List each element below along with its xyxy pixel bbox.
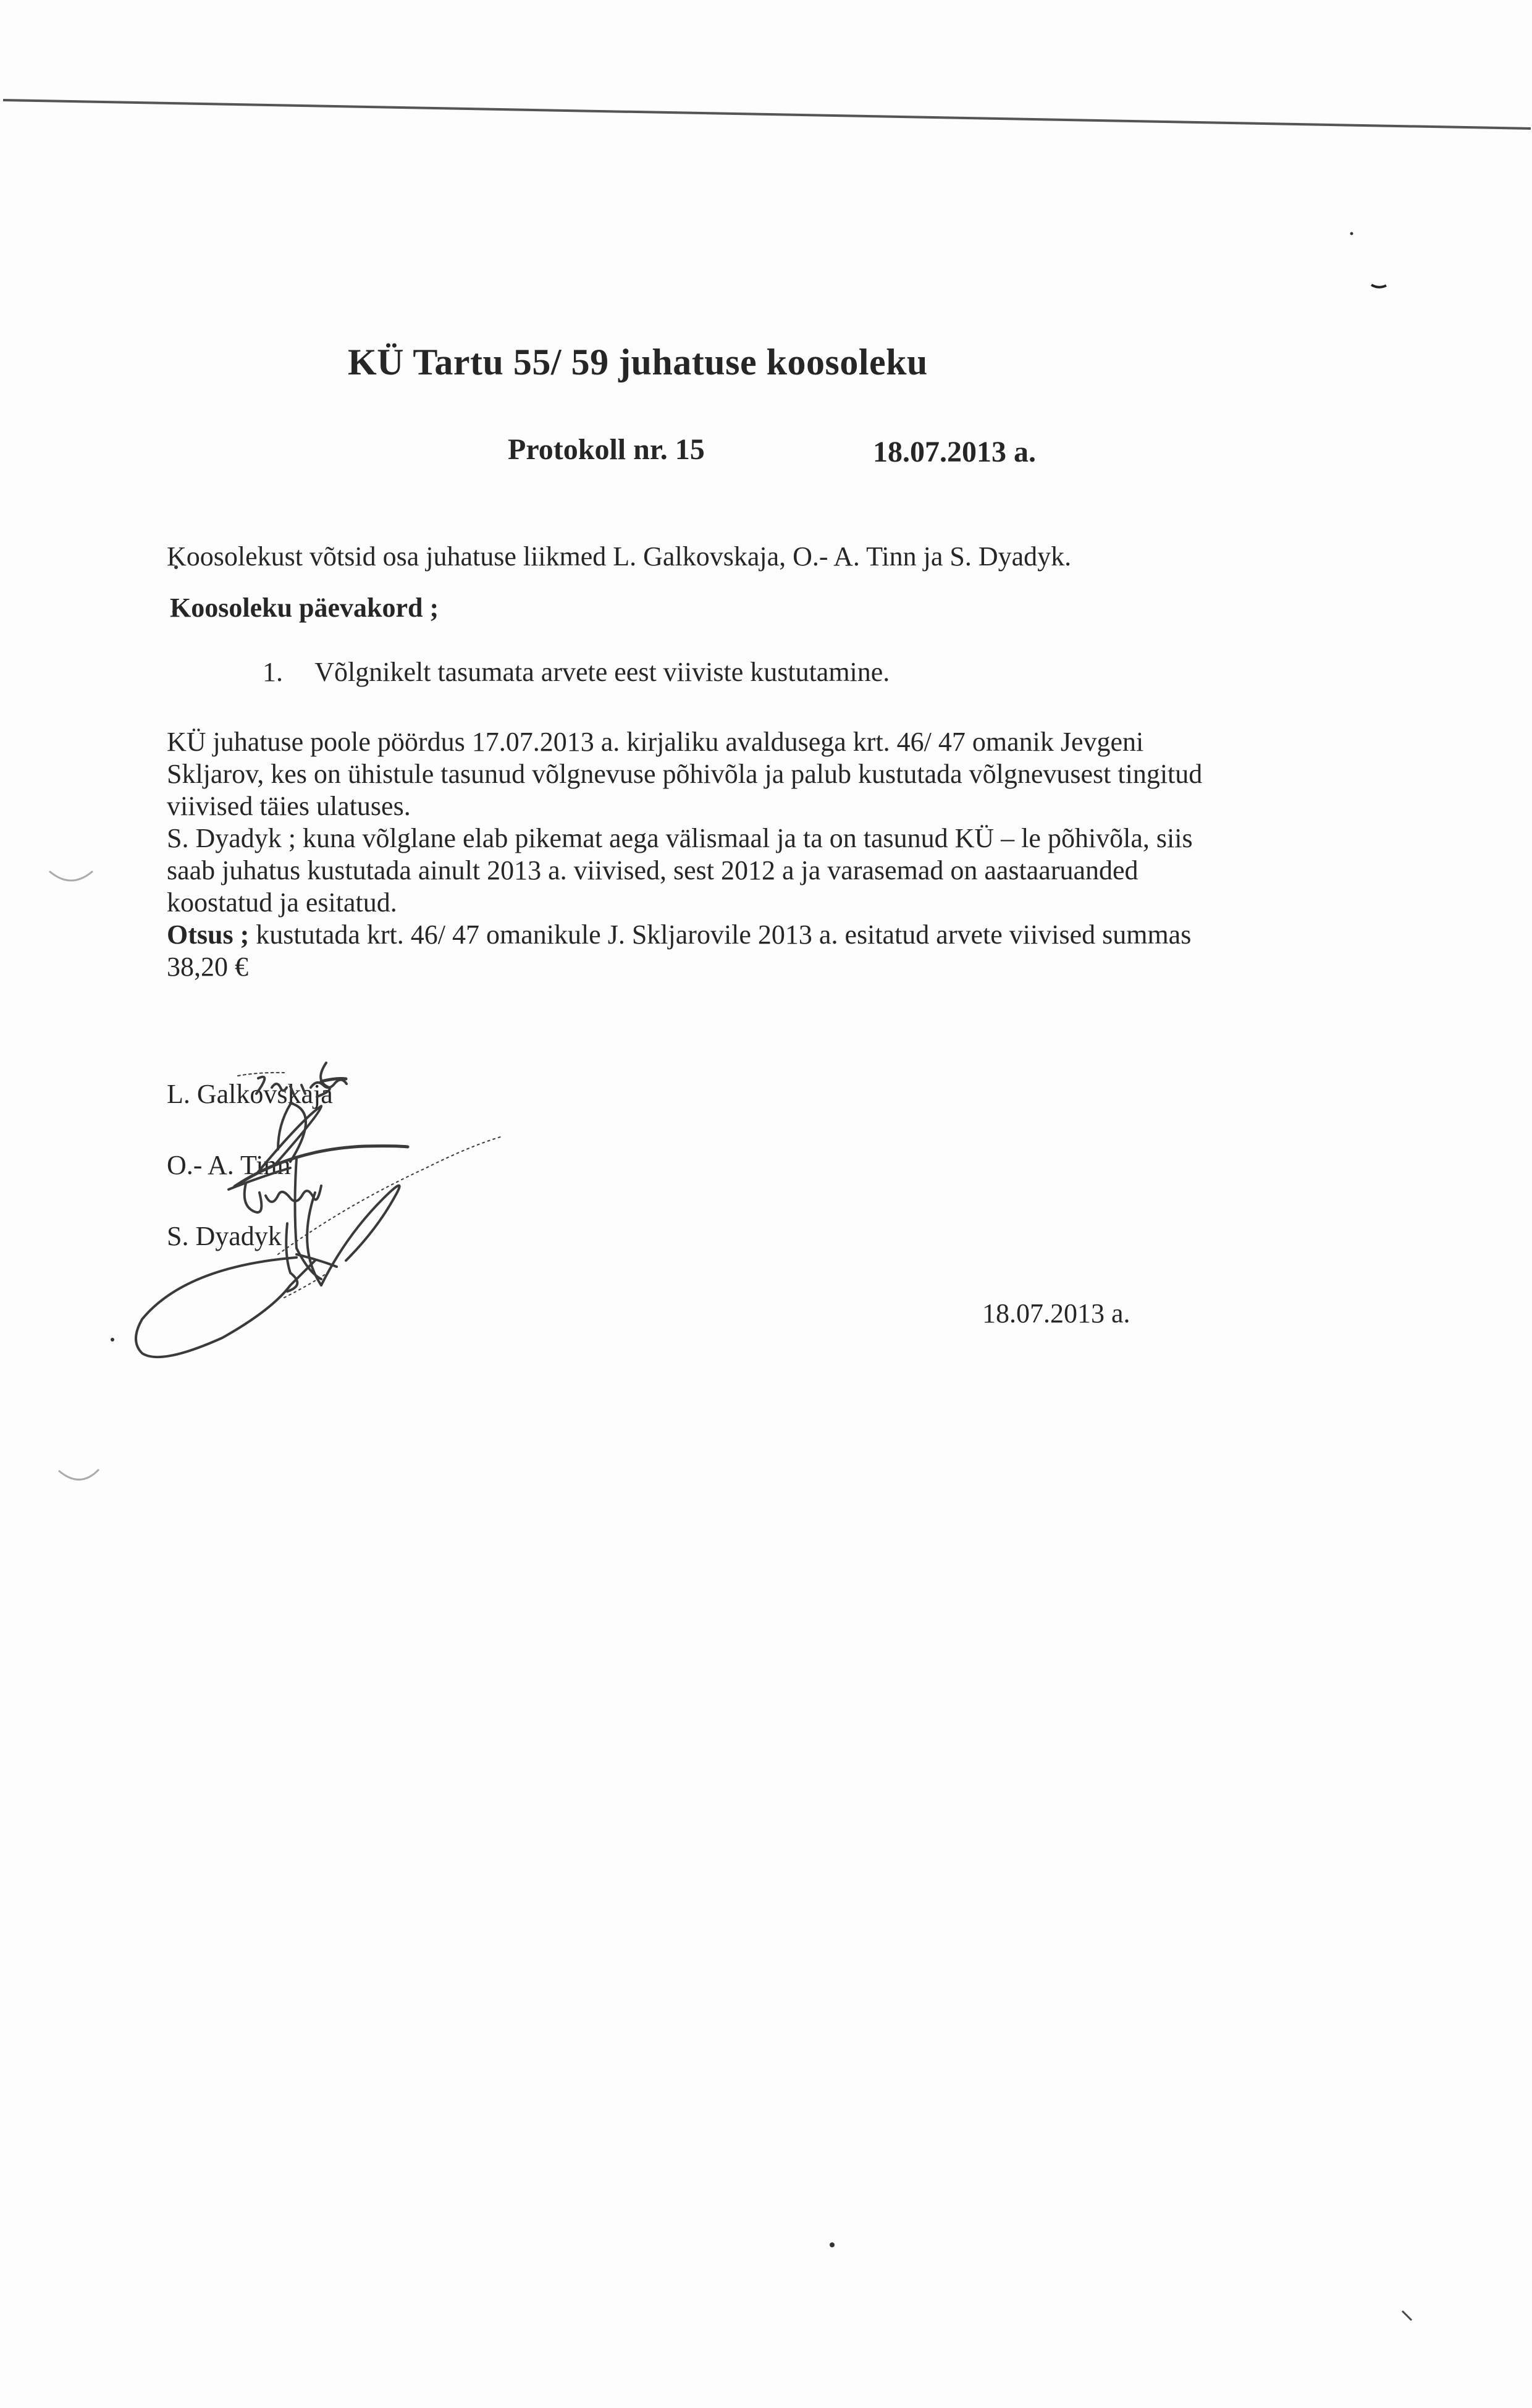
- signatures: [0, 0, 1532, 2408]
- scanned-page: KÜ Tartu 55/ 59 juhatuse koosoleku Proto…: [0, 0, 1532, 2408]
